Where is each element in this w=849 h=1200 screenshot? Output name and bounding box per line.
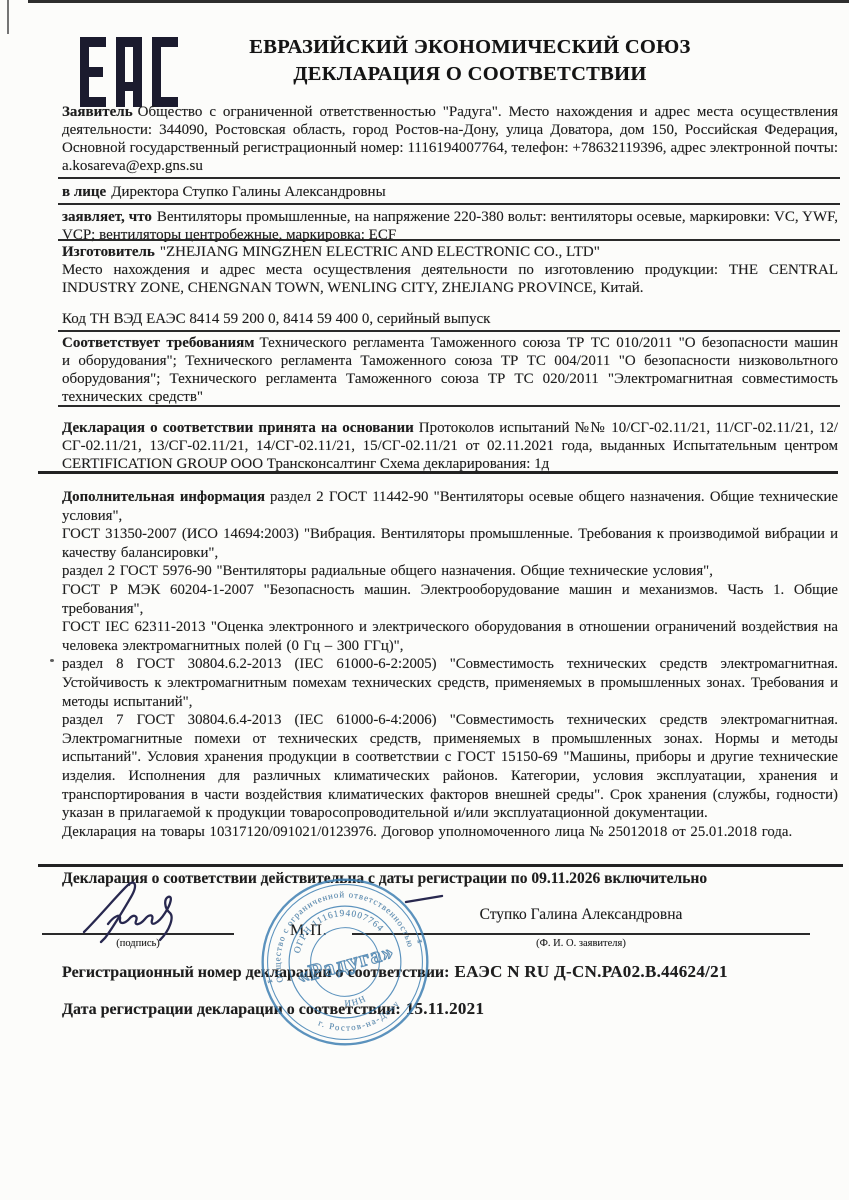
rule-4 [58,330,840,332]
registration-value: ЕАЭС N RU Д-CN.РА02.В.44624/21 [454,962,727,981]
scan-edge-top [28,0,849,3]
additional-item: ГОСТ Р МЭК 60204-1-2007 "Безопасность ма… [62,581,838,618]
manufacturer-name: "ZHEJIANG MINGZHEN ELECTRIC AND ELECTRON… [160,244,600,260]
applicant-paragraph: ЗаявительОбщество с ограниченной ответст… [62,103,838,175]
stamp-icon: Общество с ограниченной ответственностью… [247,864,443,1060]
tnved-line: Код ТН ВЭД ЕАЭС 8414 59 200 0, 8414 59 4… [62,310,838,328]
stamp-center-name: «Радуга» [294,938,397,988]
additional-info-block: Дополнительная информацияраздел 2 ГОСТ 1… [62,488,838,841]
document-title: ЕВРАЗИЙСКИЙ ЭКОНОМИЧЕСКИЙ СОЮЗ ДЕКЛАРАЦИ… [150,34,790,88]
rule-1 [58,177,840,179]
rule-6 [38,471,838,474]
additional-item: ГОСТ IEC 62311-2013 "Оценка электронного… [62,618,838,655]
additional-item: Декларация на товары 10317120/091021/012… [62,823,838,842]
signature-icon [66,880,266,944]
declaration-document: ЕВРАЗИЙСКИЙ ЭКОНОМИЧЕСКИЙ СОЮЗ ДЕКЛАРАЦИ… [0,0,849,1200]
declares-label: заявляет, что [62,209,152,225]
rule-2 [58,203,840,205]
rule-3 [58,239,840,241]
registration-number-line: Регистрационный номер декларации о соотв… [62,962,842,982]
title-line-declaration: ДЕКЛАРАЦИЯ О СООТВЕТСТВИИ [150,61,790,88]
manufacturer-label: Изготовитель [62,244,155,260]
representative-text: Директора Ступко Галины Александровны [111,184,385,200]
complies-paragraph: Соответствует требованиямТехнического ре… [62,334,838,406]
additional-item: раздел 7 ГОСТ 30804.6.4-2013 (IEC 61000-… [62,711,838,823]
manufacturer-address: Место нахождения и адрес места осуществл… [62,261,838,297]
applicant-text: Общество с ограниченной ответственностью… [62,104,838,174]
representative-label: в лице [62,184,106,200]
scan-speck [50,659,54,662]
additional-intro: Дополнительная информацияраздел 2 ГОСТ 1… [62,488,838,525]
stamp-texts: Общество с ограниченной ответственностью… [249,871,441,1051]
basis-label: Декларация о соответствии принята на осн… [62,420,414,436]
manufacturer-line: Изготовитель"ZHEJIANG MINGZHEN ELECTRIC … [62,243,838,261]
basis-paragraph: Декларация о соответствии принята на осн… [62,419,838,473]
additional-label: Дополнительная информация [62,489,265,505]
rule-5 [58,405,840,407]
complies-label: Соответствует требованиям [62,335,255,351]
representative-line: в лицеДиректора Ступко Галины Александро… [62,183,838,201]
company-stamp: Общество с ограниченной ответственностью… [247,864,443,1060]
additional-item: ГОСТ 31350-2007 (ИСО 14694:2003) "Вибрац… [62,525,838,562]
handwritten-signature [66,880,266,949]
title-line-union: ЕВРАЗИЙСКИЙ ЭКОНОМИЧЕСКИЙ СОЮЗ [150,34,790,61]
declares-text: Вентиляторы промышленные, на напряжение … [62,209,838,243]
applicant-label: Заявитель [62,104,133,120]
scan-edge-left [7,0,9,34]
registration-date-line: Дата регистрации декларации о соответств… [62,999,842,1019]
additional-item: раздел 2 ГОСТ 5976-90 "Вентиляторы радиа… [62,562,838,581]
additional-item: раздел 8 ГОСТ 30804.6.2-2013 (IEC 61000-… [62,655,838,711]
